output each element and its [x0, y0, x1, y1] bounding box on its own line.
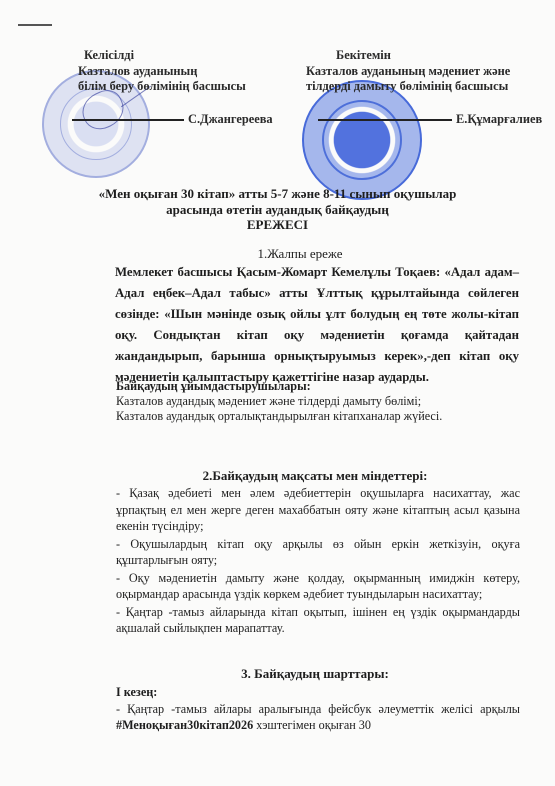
conditions-block: І кезең: - Қаңтар -тамыз айлары аралығын… — [116, 684, 520, 734]
signatory-name: Е.Құмарғалиев — [456, 112, 542, 126]
approval-title: Келісілді — [78, 48, 246, 64]
goal-item: - Қаңтар -тамыз айларында кітап оқытып, … — [116, 604, 520, 637]
approval-line: тілдерді дамыту бөлімінің басшысы — [306, 79, 510, 95]
approval-block-agreed: Келісілді Казталов ауданының білім беру … — [78, 48, 246, 95]
title-line: ЕРЕЖЕСІ — [0, 217, 555, 233]
document-page: Келісілді Казталов ауданының білім беру … — [0, 0, 555, 786]
approval-line: Казталов ауданының мәдениет және — [306, 64, 510, 80]
organizers-label: Байқаудың ұйымдастырушылары: — [116, 379, 442, 394]
signature-line-right: Е.Құмарғалиев — [318, 112, 542, 127]
approval-title: Бекітемін — [306, 48, 510, 64]
hashtag: #Меноқыған30кітап2026 — [116, 718, 253, 732]
condition-text: - Қаңтар -тамыз айлары аралығында фейсбу… — [116, 702, 520, 716]
stamp-culture-department-icon — [302, 80, 422, 200]
organizers-block: Байқаудың ұйымдастырушылары: Казталов ау… — [116, 379, 442, 424]
document-title: «Мен оқыған 30 кітап» атты 5-7 және 8-11… — [0, 186, 555, 233]
signatory-name: С.Джангереева — [188, 112, 273, 126]
section-heading-general: 1.Жалпы ереже — [0, 246, 555, 262]
condition-text-end: хэштегімен оқыған 30 — [253, 718, 371, 732]
signature-line-left: С.Джангереева — [72, 112, 273, 127]
goal-item: - Қазақ әдебиеті мен әлем әдебиеттерін о… — [116, 485, 520, 535]
section-heading-goals: 2.Байқаудың мақсаты мен міндеттері: — [0, 468, 555, 484]
approval-block-approved: Бекітемін Казталов ауданының мәдениет жә… — [306, 48, 510, 95]
signature-rule — [72, 119, 184, 120]
intro-paragraph: Мемлекет басшысы Қасым-Жомарт Кемелұлы Т… — [115, 262, 519, 388]
title-line: арасында өтетін аудандық байқаудың — [0, 202, 555, 218]
goals-list: - Қазақ әдебиеті мен әлем әдебиеттерін о… — [116, 485, 520, 638]
goal-item: - Оқушылардың кітап оқу арқылы өз ойын е… — [116, 536, 520, 569]
stage-label: І кезең: — [116, 684, 520, 701]
title-line: «Мен оқыған 30 кітап» атты 5-7 және 8-11… — [0, 186, 555, 202]
section-heading-conditions: 3. Байқаудың шарттары: — [0, 666, 555, 682]
organizer-item: Казталов аудандық орталықтандырылған кіт… — [116, 409, 442, 424]
top-rule-line — [18, 24, 52, 26]
signature-rule — [318, 119, 452, 120]
approval-line: Казталов ауданының — [78, 64, 246, 80]
organizer-item: Казталов аудандық мәдениет және тілдерді… — [116, 394, 442, 409]
approval-line: білім беру бөлімінің басшысы — [78, 79, 246, 95]
goal-item: - Оқу мәдениетін дамыту және қолдау, оқы… — [116, 570, 520, 603]
